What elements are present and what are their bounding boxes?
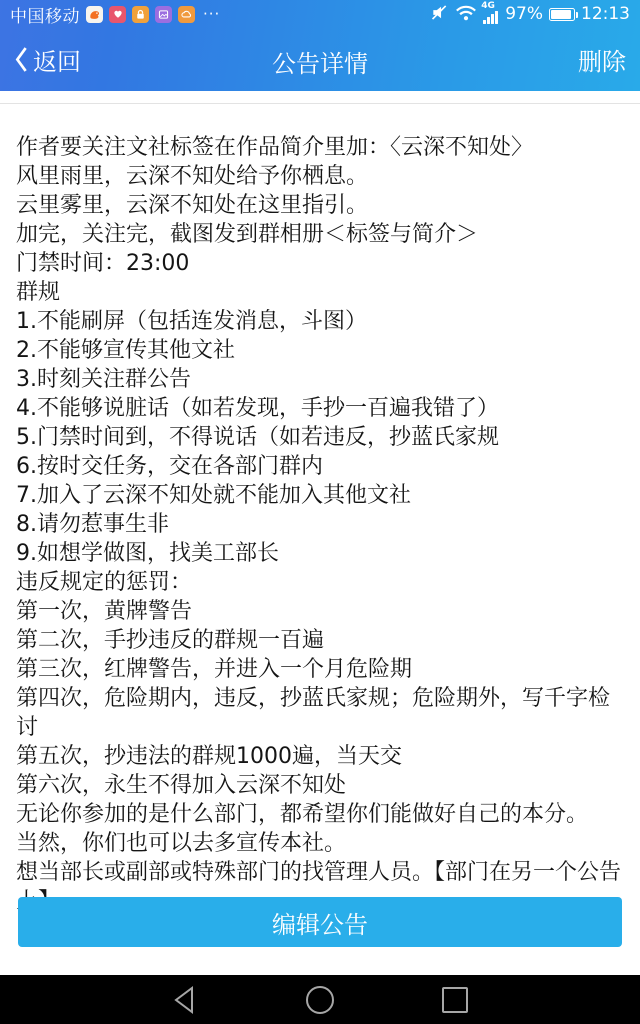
announcement-line: 门禁时间：23:00 — [16, 249, 624, 278]
lock-app-notification-icon — [132, 6, 149, 23]
announcement-line: 当然，你们也可以去多宣传本社。 — [16, 829, 624, 858]
carrier-label: 中国移动 — [10, 2, 80, 27]
announcement-content[interactable]: 作者要关注文社标签在作品简介里加：〈云深不知处〉风里雨里，云深不知处给予你栖息。… — [0, 105, 640, 885]
mute-icon — [430, 4, 449, 25]
heart-app-notification-icon — [109, 6, 126, 23]
announcement-line: 第三次，红牌警告，并进入一个月危险期 — [16, 655, 624, 684]
announcement-line: 4.不能够说脏话（如若发现，手抄一百遍我错了） — [16, 394, 624, 423]
page-title: 公告详情 — [0, 44, 640, 79]
announcement-line: 违反规定的惩罚： — [16, 568, 624, 597]
android-navigation-bar — [0, 975, 640, 1024]
app-header: 中国移动 ··· — [0, 0, 640, 91]
announcement-line: 7.加入了云深不知处就不能加入其他文社 — [16, 481, 624, 510]
announcement-line: 无论你参加的是什么部门，都希望你们能做好自己的本分。 — [16, 800, 624, 829]
announcement-line: 第四次，危险期内，违反，抄蓝氏家规；危险期外，写千字检讨 — [16, 684, 624, 742]
cloud-app-notification-icon — [178, 6, 195, 23]
wifi-icon — [455, 4, 477, 25]
back-button[interactable]: 返回 — [14, 42, 81, 77]
announcement-line: 6.按时交任务，交在各部门群内 — [16, 452, 624, 481]
content-top-divider — [0, 91, 640, 104]
announcement-line: 云里雾里，云深不知处在这里指引。 — [16, 191, 624, 220]
announcement-detail-screen: 中国移动 ··· — [0, 0, 640, 1024]
announcement-line: 5.门禁时间到，不得说话（如若违反，抄蓝氏家规 — [16, 423, 624, 452]
android-recents-icon[interactable] — [440, 984, 470, 1016]
announcement-line: 第二次，手抄违反的群规一百遍 — [16, 626, 624, 655]
announcement-line: 群规 — [16, 278, 624, 307]
edit-announcement-button[interactable]: 编辑公告 — [18, 897, 622, 947]
announcement-line: 加完，关注完，截图发到群相册＜标签与简介＞ — [16, 220, 624, 249]
signal-bars — [483, 9, 499, 28]
android-back-icon[interactable] — [170, 984, 200, 1016]
announcement-line: 3.时刻关注群公告 — [16, 365, 624, 394]
back-chevron-icon — [14, 46, 29, 73]
status-bar: 中国移动 ··· — [0, 0, 640, 28]
battery-percent-label: 97% — [505, 4, 543, 24]
announcement-line: 第五次，抄违法的群规1000遍，当天交 — [16, 742, 624, 771]
clock-label: 12:13 — [581, 4, 630, 24]
network-type-label: 4G — [481, 1, 495, 11]
announcement-line: 1.不能刷屏（包括连发消息，斗图） — [16, 307, 624, 336]
announcement-line: 2.不能够宣传其他文社 — [16, 336, 624, 365]
announcement-line: 第一次，黄牌警告 — [16, 597, 624, 626]
notification-overflow-ellipsis: ··· — [203, 9, 220, 19]
announcement-line: 风里雨里，云深不知处给予你栖息。 — [16, 162, 624, 191]
announcement-line: 9.如想学做图，找美工部长 — [16, 539, 624, 568]
uc-browser-notification-icon — [86, 6, 103, 23]
photo-app-notification-icon — [155, 6, 172, 23]
announcement-line: 8.请勿惹事生非 — [16, 510, 624, 539]
status-bar-right: 4G 97% 12:13 — [430, 1, 630, 28]
announcement-line: 作者要关注文社标签在作品简介里加：〈云深不知处〉 — [16, 133, 624, 162]
status-bar-left: 中国移动 ··· — [10, 2, 220, 27]
battery-icon — [549, 8, 575, 21]
navigation-bar: 返回 公告详情 删除 — [0, 28, 640, 91]
announcement-line: 第六次，永生不得加入云深不知处 — [16, 771, 624, 800]
delete-button[interactable]: 删除 — [578, 42, 626, 77]
android-home-icon[interactable] — [304, 984, 336, 1016]
signal-strength-icon: 4G — [483, 1, 499, 28]
back-button-label: 返回 — [33, 42, 81, 77]
